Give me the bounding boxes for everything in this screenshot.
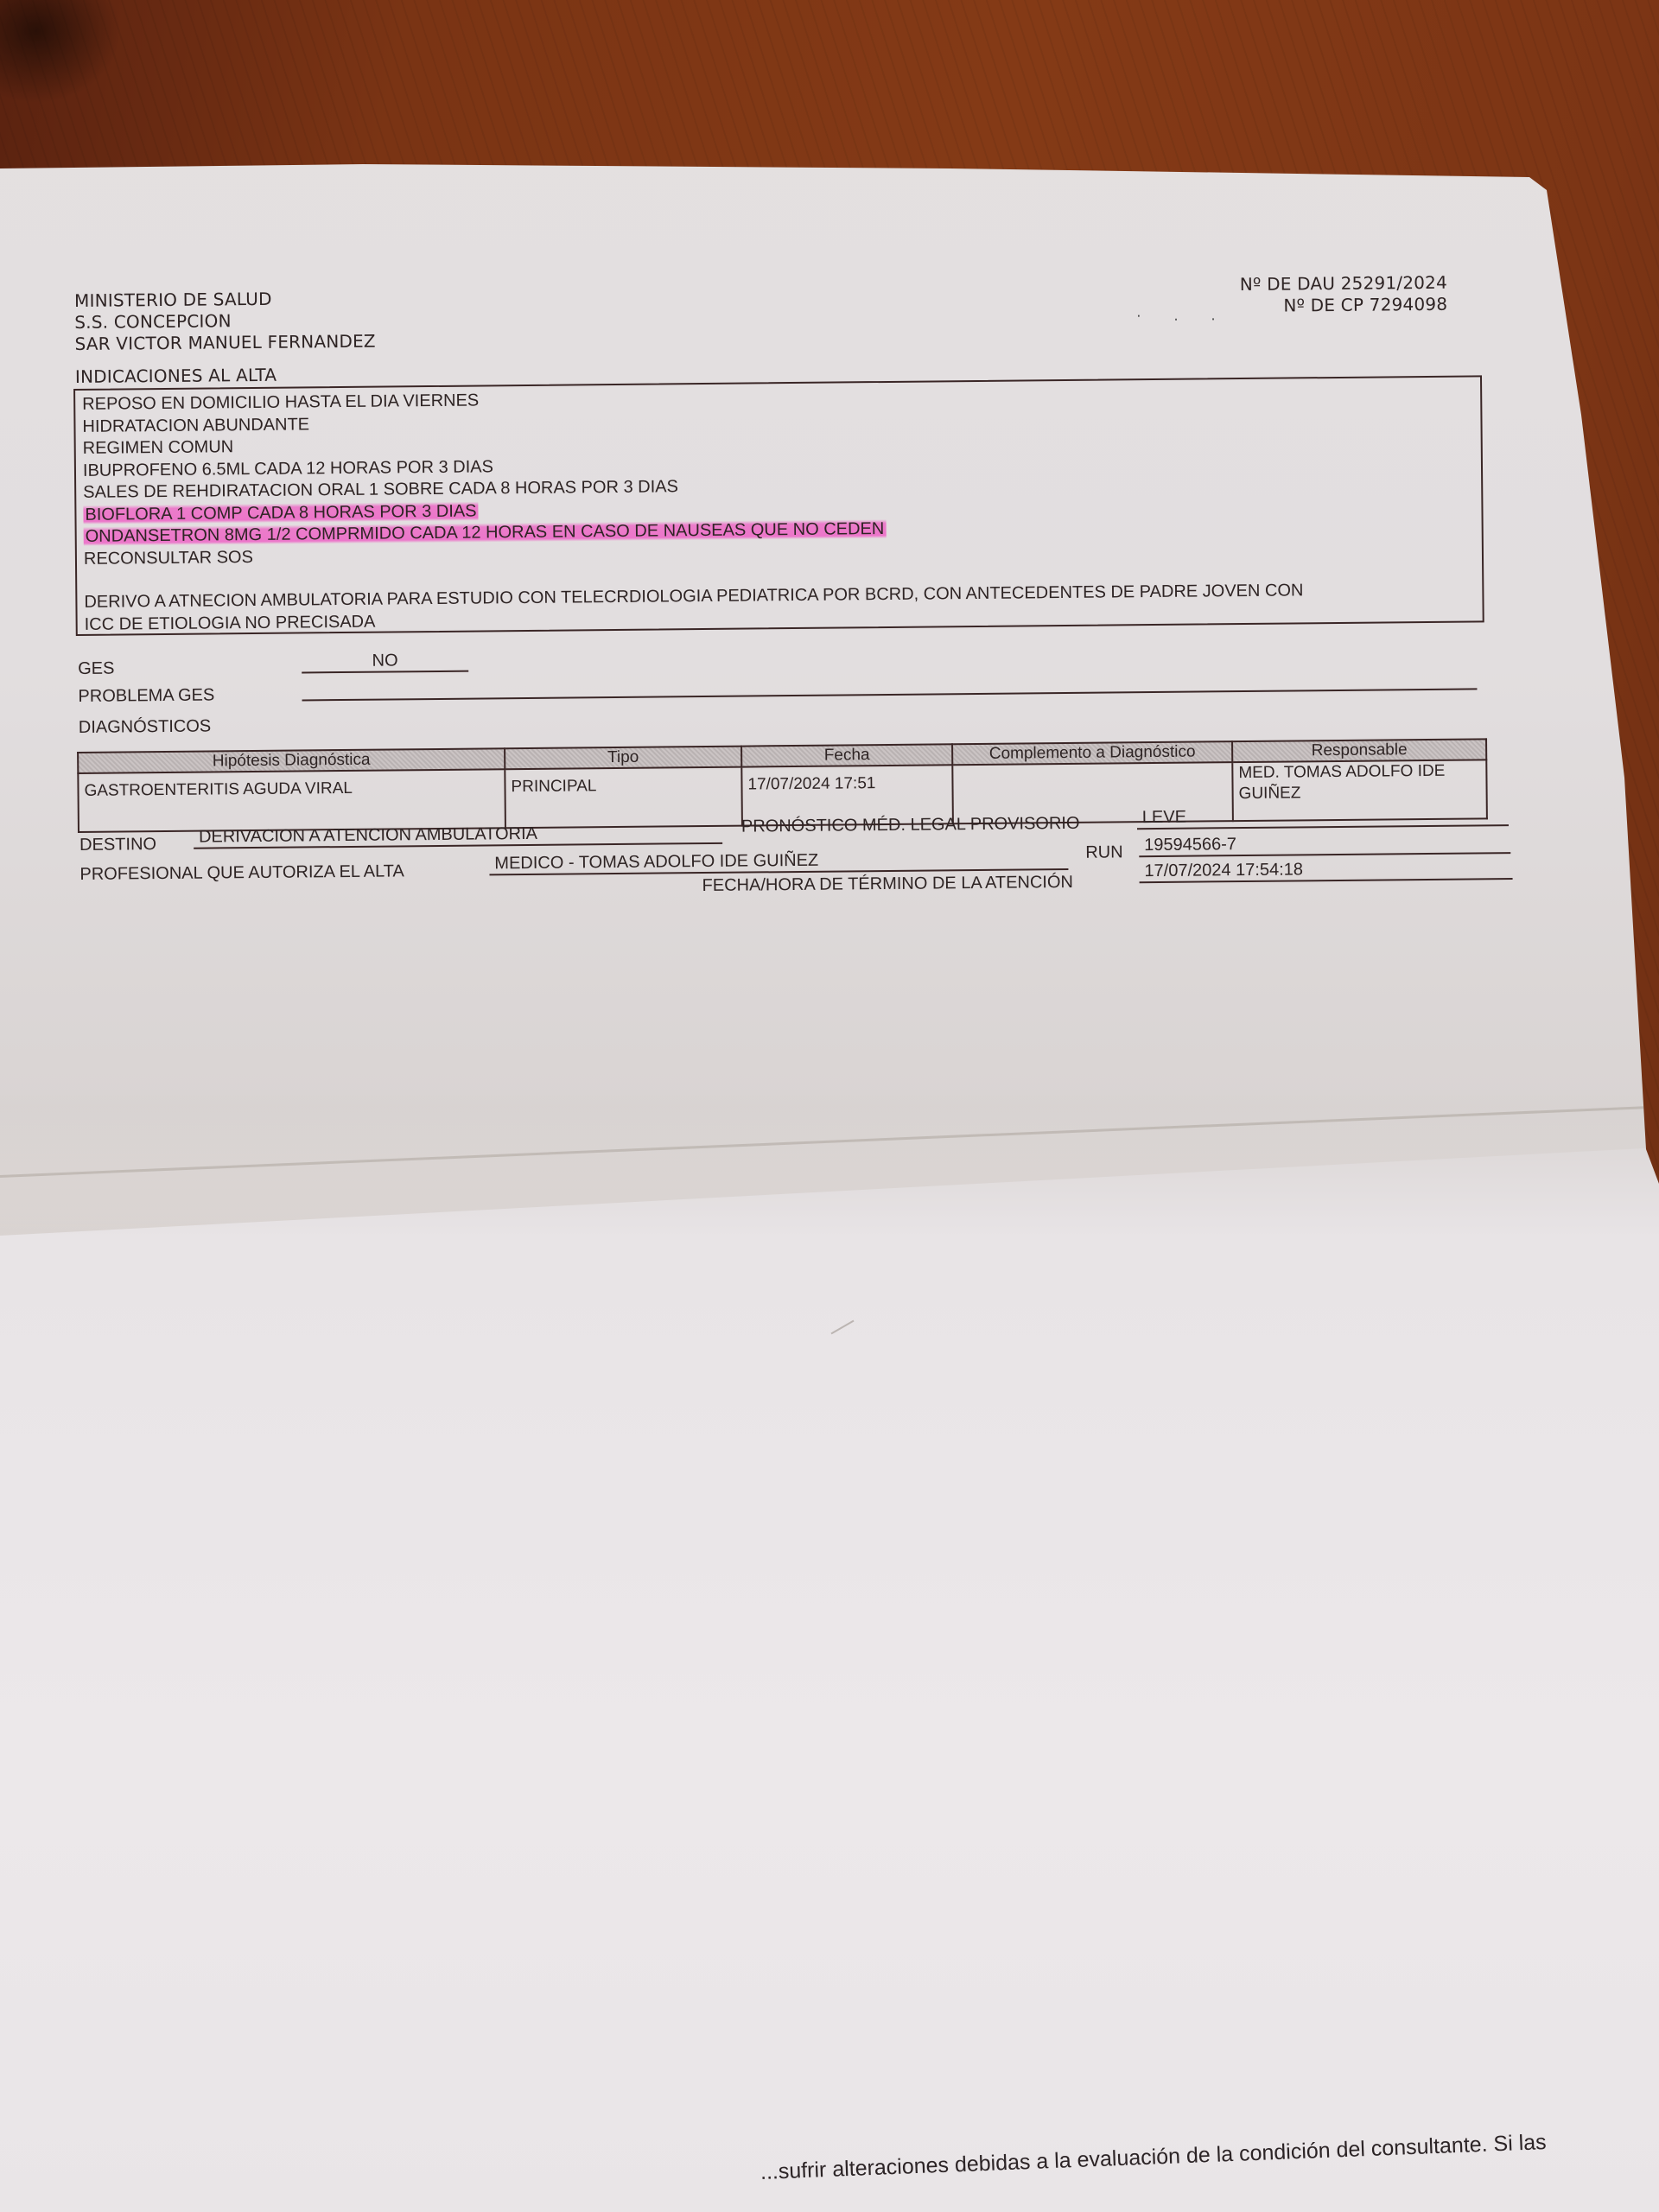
pronostico-label: PRONÓSTICO MÉD. LEGAL PROVISORIO: [741, 813, 1080, 837]
profesional-value: MEDICO - TOMAS ADOLFO IDE GUIÑEZ: [489, 848, 1068, 875]
footer-partial-text: ...sufrir alteraciones debidas a la eval…: [760, 2130, 1547, 2185]
indications-label: INDICACIONES AL ALTA: [75, 365, 277, 387]
diagnosis-cell: GASTROENTERITIS AGUDA VIRAL: [78, 769, 505, 832]
institution-header: MINISTERIO DE SALUD S.S. CONCEPCION SAR …: [74, 288, 376, 355]
column-header: Tipo: [505, 747, 741, 770]
institution-line: S.S. CONCEPCION: [74, 309, 375, 334]
institution-line: SAR VICTOR MANUEL FERNANDEZ: [74, 331, 375, 355]
diagnoses-label: DIAGNÓSTICOS: [79, 715, 212, 737]
type-cell: PRINCIPAL: [505, 767, 742, 829]
institution-line: MINISTERIO DE SALUD: [74, 288, 375, 312]
fecha-termino-value: 17/07/2024 17:54:18: [1139, 857, 1512, 883]
destino-label: DESTINO: [79, 834, 156, 855]
column-header: Complemento a Diagnóstico: [952, 741, 1232, 765]
stray-marks: ·..: [1136, 307, 1248, 324]
document-numbers: Nº DE DAU 25291/2024 Nº DE CP 7294098: [1240, 272, 1448, 317]
run-value: 19594566-7: [1139, 831, 1510, 857]
profesional-label: PROFESIONAL QUE AUTORIZA EL ALTA: [79, 861, 404, 885]
dau-number: Nº DE DAU 25291/2024: [1240, 272, 1447, 296]
problema-ges-label: PROBLEMA GES: [78, 684, 214, 707]
cp-number: Nº DE CP 7294098: [1240, 294, 1447, 317]
indications-box: REPOSO EN DOMICILIO HASTA EL DIA VIERNES…: [73, 375, 1484, 636]
problema-ges-value: [302, 667, 1477, 701]
paper-fold-shadow: [0, 1089, 1659, 1236]
ges-value: NO: [302, 650, 468, 674]
pronostico-value: LEVE: [1137, 804, 1509, 829]
column-header: Responsable: [1232, 739, 1486, 762]
indications-list: REPOSO EN DOMICILIO HASTA EL DIA VIERNES…: [82, 382, 1304, 636]
column-header: Fecha: [741, 744, 952, 766]
destino-value: DERIVACION A ATENCION AMBULATORIA: [194, 822, 722, 849]
run-label: RUN: [1085, 842, 1123, 862]
paper-sheet: MINISTERIO DE SALUD S.S. CONCEPCION SAR …: [0, 0, 1659, 2212]
wood-dark-stain: [0, 0, 121, 104]
ges-label: GES: [78, 658, 114, 679]
fecha-termino-label: FECHA/HORA DE TÉRMINO DE LA ATENCIÓN: [702, 872, 1073, 896]
paper-crease-mark: [831, 1320, 855, 1335]
